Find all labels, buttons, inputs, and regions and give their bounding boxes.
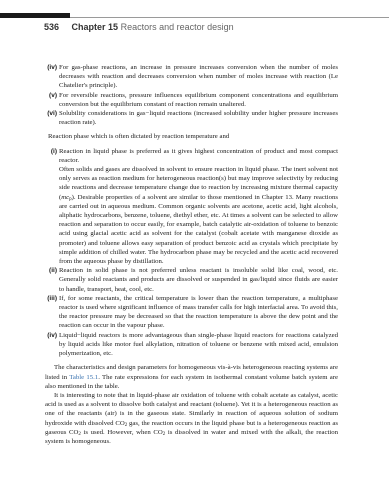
table-link[interactable]: Table 15.1: [69, 374, 98, 381]
item-label: (iii): [45, 294, 57, 303]
item-label: (v): [45, 91, 57, 100]
list-item: (iv) Liquid−liquid reactors is more adva…: [45, 331, 338, 359]
header-rule: [70, 17, 389, 18]
item-text: For gas-phase reactions, an increase in …: [59, 64, 338, 89]
list-item: (ii) Reaction in solid phase is not pref…: [45, 266, 338, 294]
item-text: Often solids and gases are dissolved in …: [59, 165, 338, 266]
list-item: (i) Reaction in liquid phase is preferre…: [45, 147, 338, 267]
paragraph: The characteristics and design parameter…: [45, 363, 338, 391]
item-text: For reversible reactions, pressure influ…: [59, 92, 338, 108]
header-bar: [0, 13, 70, 18]
chapter-label: Chapter 15: [72, 22, 119, 32]
list-item: (v) For reversible reactions, pressure i…: [45, 91, 338, 109]
item-label: (vi): [45, 109, 57, 118]
running-head: 536 Chapter 15 Reactors and reactor desi…: [44, 22, 234, 32]
item-label: (i): [45, 147, 57, 156]
list-item: (iii) If, for some reactants, the critic…: [45, 294, 338, 331]
item-text: Solubility considerations in gas−liquid …: [59, 110, 338, 126]
list-item: (vi) Solubility considerations in gas−li…: [45, 109, 338, 127]
lead-in: Reaction phase which is often dictated b…: [48, 132, 338, 141]
page-body: (iv) For gas-phase reactions, an increas…: [45, 63, 338, 446]
item-label: (ii): [45, 266, 57, 275]
item-text: Reaction in liquid phase is preferred as…: [59, 147, 338, 165]
item-label: (iv): [45, 331, 57, 340]
item-text: If, for some reactants, the critical tem…: [59, 295, 338, 330]
paragraph: It is interesting to note that in liquid…: [45, 391, 338, 446]
list-item: (iv) For gas-phase reactions, an increas…: [45, 63, 338, 91]
item-text: Liquid−liquid reactors is more advantage…: [59, 332, 338, 357]
page-number: 536: [44, 22, 59, 32]
chapter-title: Reactors and reactor design: [121, 22, 234, 32]
item-text: Reaction in solid phase is not preferred…: [59, 267, 338, 292]
item-label: (iv): [45, 63, 57, 72]
